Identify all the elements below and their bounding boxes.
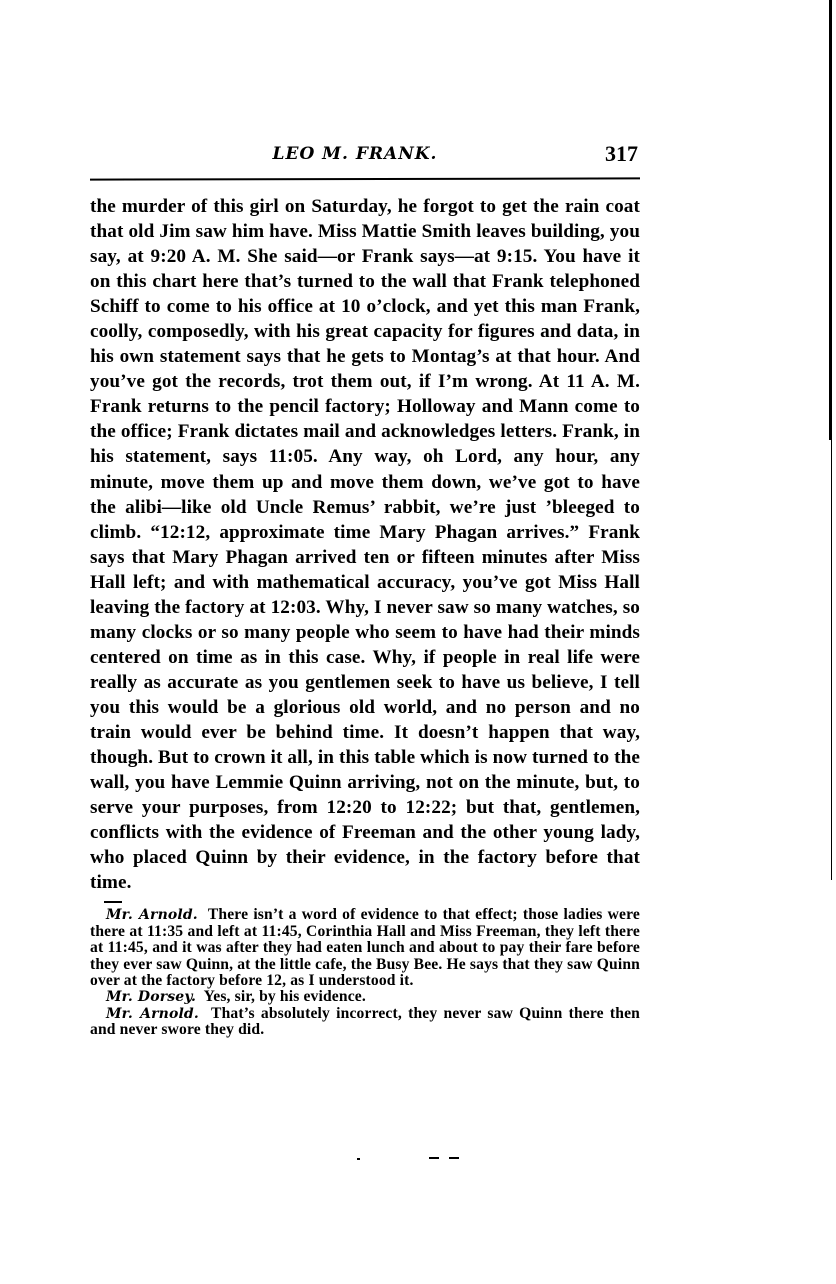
colloquy: Mr. Arnold. There isn’t a word of eviden… (90, 907, 640, 1038)
colloquy-entry: Mr. Arnold. That’s absolutely incorrect,… (90, 1006, 640, 1039)
scan-speck (449, 1157, 459, 1159)
scan-page-edge (829, 0, 832, 440)
argument-paragraph: the murder of this girl on Saturday, he … (90, 194, 640, 895)
scan-speck (357, 1158, 360, 1160)
section-dash (104, 901, 122, 903)
colloquy-entry: Mr. Dorsey. Yes, sir, by his evidence. (90, 989, 640, 1005)
speaker-text: Yes, sir, by his evidence. (204, 988, 366, 1005)
running-title: LEO M. FRANK. (90, 144, 640, 164)
running-header: LEO M. FRANK. 317 (90, 138, 640, 172)
speaker-name: Mr. Arnold. (106, 907, 198, 923)
speaker-name: Mr. Dorsey. (106, 989, 196, 1005)
scan-speck (429, 1157, 439, 1159)
page-number: 317 (605, 141, 638, 167)
book-page: LEO M. FRANK. 317 the murder of this gir… (90, 138, 640, 1039)
speaker-name: Mr. Arnold. (106, 1006, 199, 1022)
scan-artifact-marks (357, 1157, 467, 1161)
colloquy-entry: Mr. Arnold. There isn’t a word of eviden… (90, 907, 640, 989)
body-text: the murder of this girl on Saturday, he … (90, 194, 640, 895)
header-rule (90, 177, 640, 180)
scan-page-edge-thin (831, 440, 832, 880)
